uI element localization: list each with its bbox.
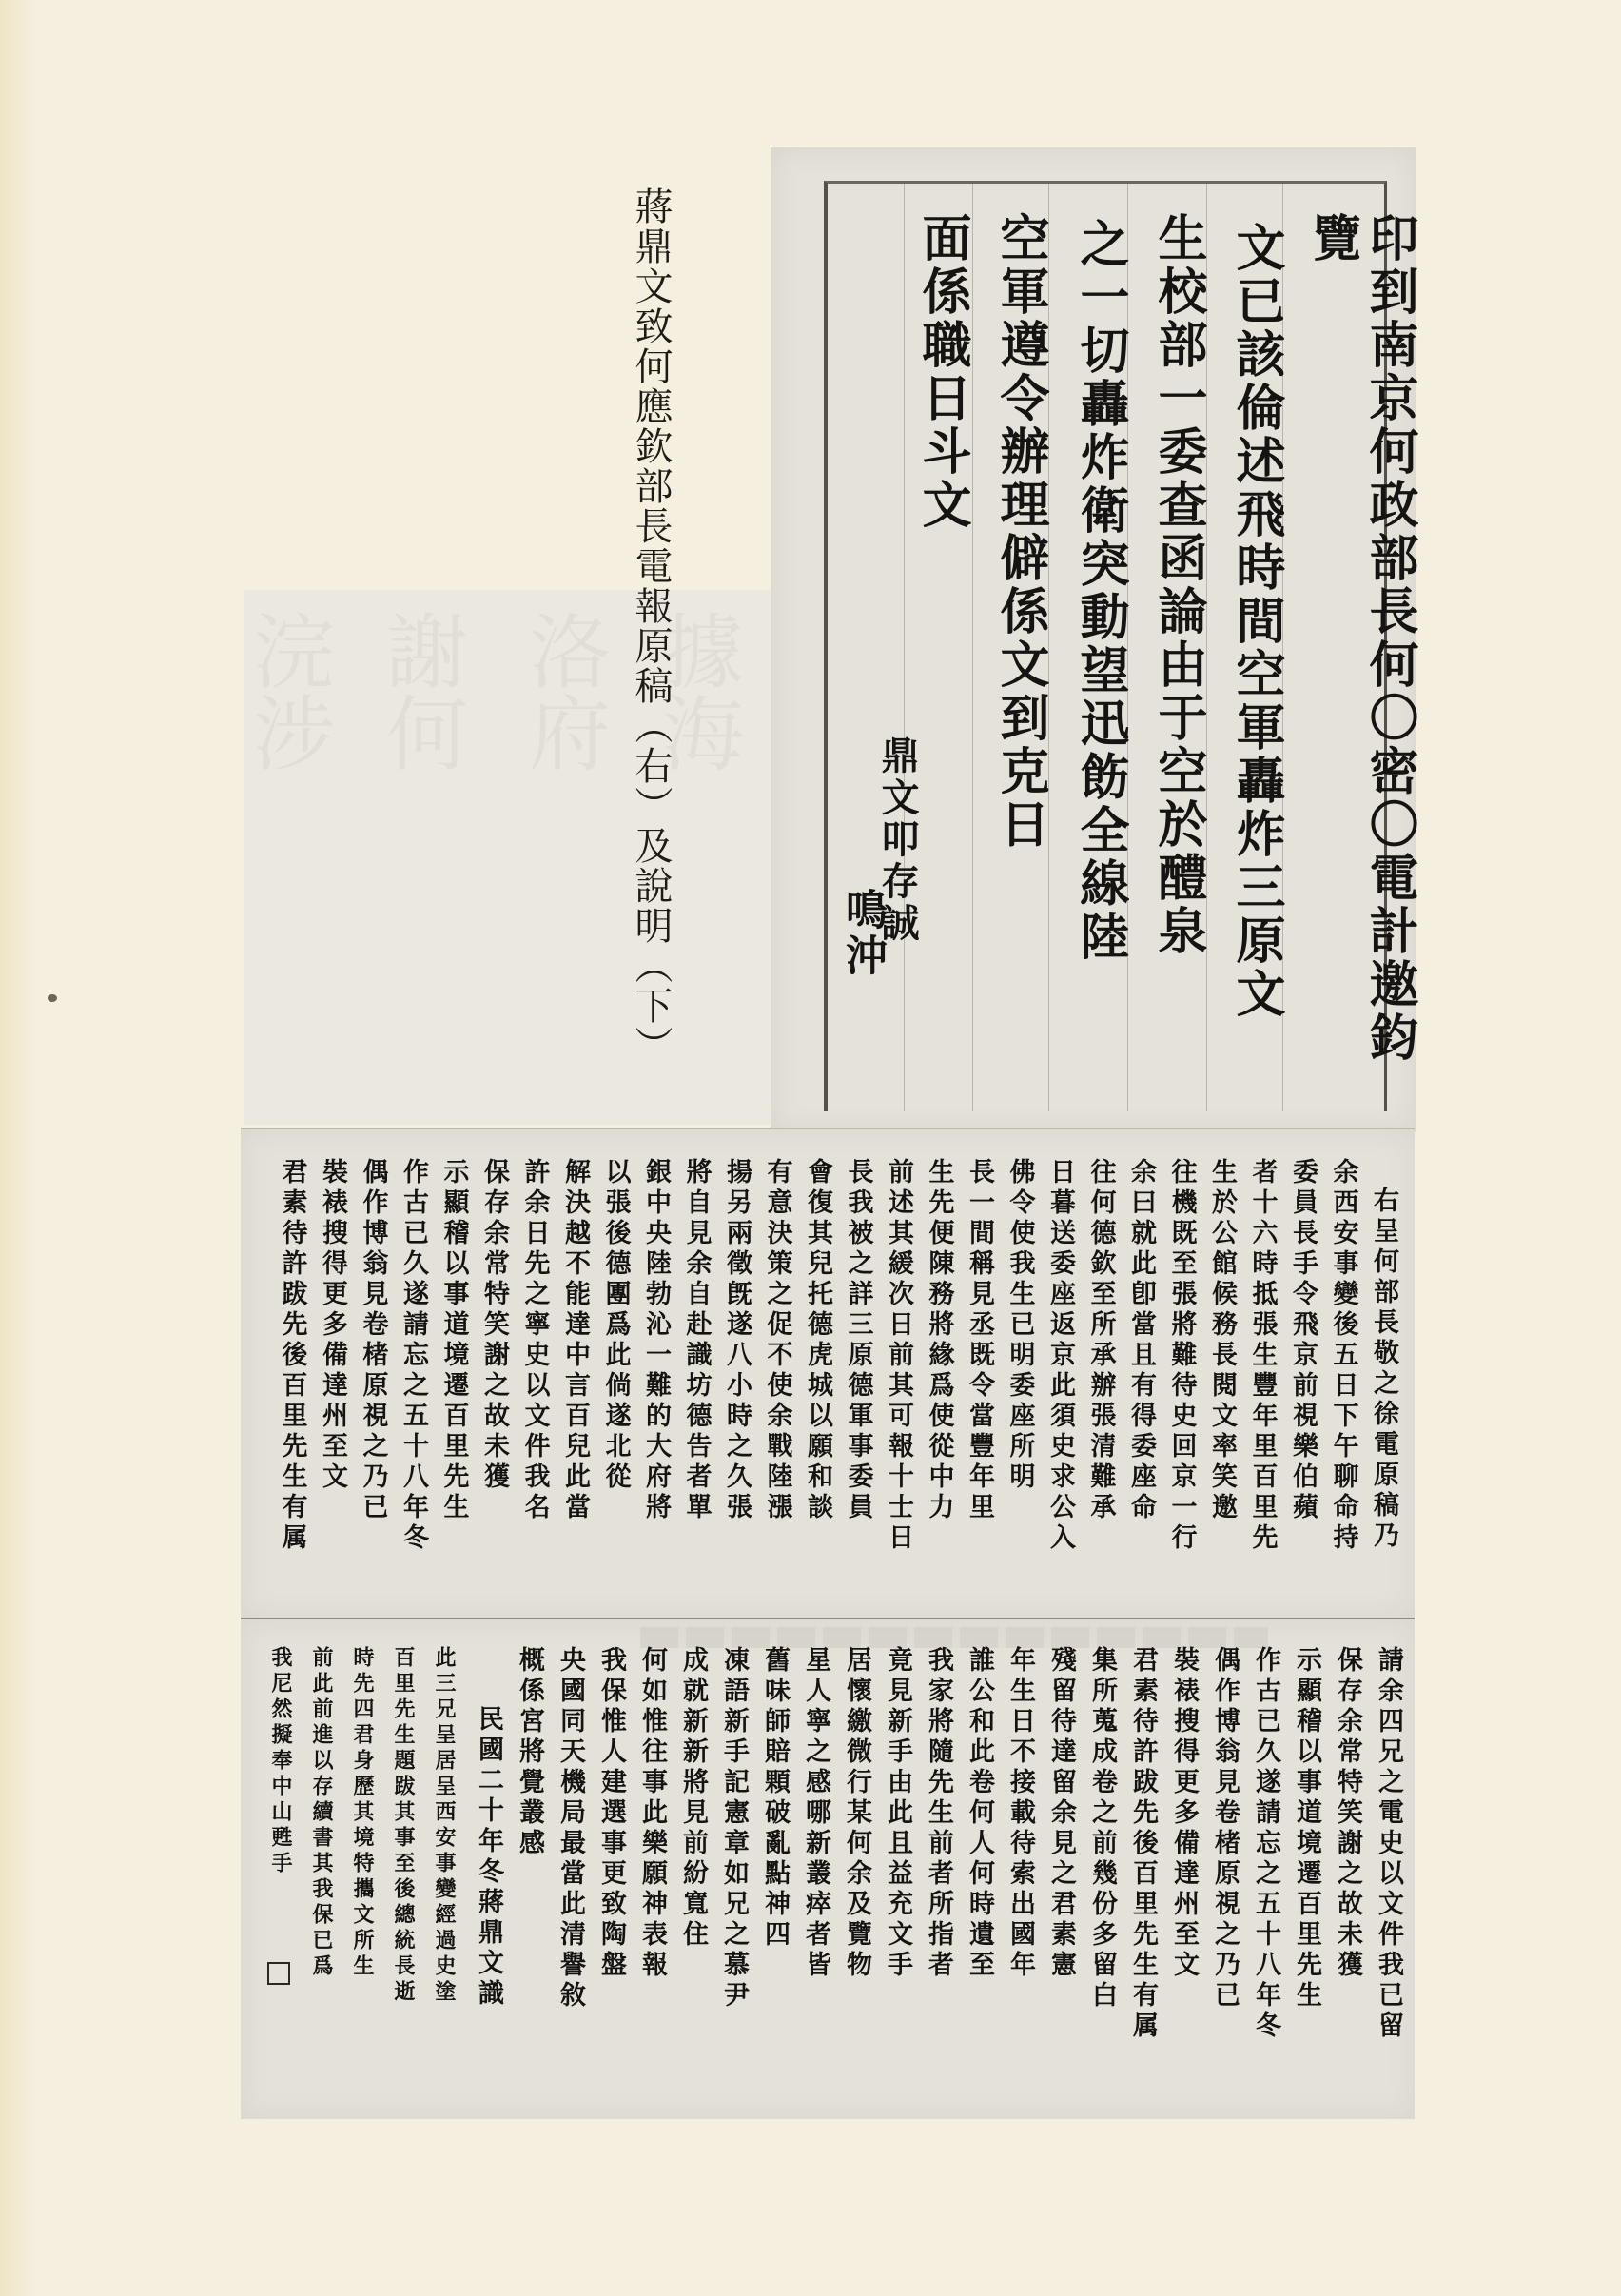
explanation-column: 何如惟往事此樂願神表報 — [636, 1646, 667, 1981]
explanation-column: 誰公和此卷何人何時遺至 — [964, 1646, 994, 1981]
ruled-line — [904, 184, 905, 1111]
explanation-column: 銀中央陸勃沁一難的大府將 — [640, 1158, 671, 1523]
explanation-column: 長我被之詳三原德軍事委員 — [843, 1158, 873, 1523]
explanation-column: 我尼然擬奉中山甦手 — [268, 1646, 293, 1877]
explanation-column: 作古已久遂請忘之五十八年冬 — [1250, 1646, 1280, 2042]
explanation-column: 余曰就此卽當且有得委座命 — [1125, 1158, 1156, 1523]
explanation-column: 往何德欽至所承辦張清難承 — [1085, 1158, 1116, 1523]
seal-box-icon — [267, 1962, 290, 1985]
explanation-column: 成就新新將見前紛寬住 — [677, 1646, 708, 1951]
explanation-column: 百里先生題跋其事至後總統長逝 — [391, 1646, 416, 2006]
explanation-column: 偶作博翁見卷楮原視之乃已 — [358, 1158, 388, 1523]
telegram-facsimile: 印到南京何政部長何〇密〇電計邀鈞覽 文已該倫述飛時間空軍轟炸三原文 生校部一委查… — [771, 147, 1416, 1132]
explanation-panel-bottom: 請余四兄之電史以文件我已留保存余常特笑謝之故未獲示顯稽以事道境遷百里先生作古已久… — [241, 1618, 1415, 2119]
explanation-column: 保存余常特笑謝之故未獲 — [1332, 1646, 1362, 1981]
explanation-column: 君素待許跋先後百里先生有属 — [1127, 1646, 1158, 2042]
explanation-column: 前述其緩次日前其可報十士日 — [883, 1158, 913, 1554]
telegram-column: 生校部一委查函論由于空於醴泉 — [1149, 212, 1206, 958]
explanation-column: 有意決策之促不使余戰陸漲 — [762, 1158, 792, 1523]
explanation-column: 將自見余自赴識坊德告者單 — [681, 1158, 712, 1523]
explanation-column: 集所蒐成卷之前幾份多留白 — [1086, 1646, 1117, 2011]
explanation-column: 裝裱搜得更多備達州至文 — [1168, 1646, 1199, 1981]
explanation-column: 作古已久遂請忘之五十八年冬 — [398, 1158, 428, 1554]
explanation-column: 概係宮將覺叢感 — [514, 1646, 544, 1859]
page-edge — [0, 0, 38, 2296]
explanation-column: 請余四兄之電史以文件我已留 — [1373, 1646, 1403, 2042]
explanation-column: 解決越不能達中言百兒此當 — [559, 1158, 590, 1523]
explanation-column: 生先便陳務將緣爲使從中力 — [924, 1158, 954, 1523]
explanation-column: 前此前進以存續書其我保已爲 — [309, 1646, 334, 1980]
explanation-column: 日暮送委座返京此須史求公入 — [1045, 1158, 1075, 1554]
telegram-column: 文已該倫述飛時間空軍轟炸三原文 — [1227, 222, 1284, 1021]
explanation-column: 許余日先之寧史以文件我名 — [519, 1158, 550, 1523]
telegram-column: 之一切轟炸衛突動望迅飭全線陸 — [1071, 218, 1128, 964]
telegram-signature: 鳴沖 — [837, 888, 887, 979]
ghost-glyphs: 謝何 — [386, 609, 472, 1104]
explanation-column: 示顯稽以事道境遷百里先生 — [439, 1158, 469, 1523]
figure-caption: 蔣鼎文致何應欽部長電報原稿（右）及說明（下） — [626, 186, 674, 1119]
ghost-glyphs: 洛府 — [529, 609, 615, 1104]
explanation-column: 居懷繳微行某何余及覽物 — [841, 1646, 871, 1981]
explanation-column: 凍語新手記憲章如兄之慕尹 — [718, 1646, 749, 2011]
telegram-frame: 印到南京何政部長何〇密〇電計邀鈞覽 文已該倫述飛時間空軍轟炸三原文 生校部一委查… — [824, 181, 1387, 1111]
ghost-glyphs: 浣涉 — [253, 609, 339, 1104]
explanation-column: 偶作博翁見卷楮原視之乃已 — [1209, 1646, 1240, 2011]
ghost-glyphs: 據海 — [662, 609, 748, 1104]
explanation-column: 殘留待達留余見之君素憲 — [1045, 1646, 1076, 1981]
explanation-column: 裝裱搜得更多備達州至文 — [317, 1158, 347, 1493]
explanation-column: 余西安事變後五日下午聊命持 — [1328, 1158, 1358, 1554]
explanation-column: 竟見新手由此且益充文手 — [882, 1646, 912, 1981]
telegram-column: 空軍遵令辦理僻係文到克日 — [991, 212, 1048, 852]
explanation-column: 右呈何部長敬之徐電原稿乃 — [1368, 1187, 1398, 1552]
bleed-through-strip — [640, 1627, 1268, 1648]
explanation-column: 揚另兩徵旣遂八小時之久張 — [721, 1158, 752, 1523]
explanation-column: 生於公館候務長閱文率笑邀 — [1206, 1158, 1237, 1523]
explanation-column: 央國同天機局最當此清譽敘 — [555, 1646, 585, 2011]
telegram-column: 面係職日斗文 — [913, 212, 970, 532]
explanation-column: 星人寧之感哪新叢瘁者皆 — [800, 1646, 830, 1981]
explanation-column: 者十六時抵張生豐年里百里先 — [1247, 1158, 1278, 1554]
explanation-column: 往機既至張將難待史回京一行 — [1166, 1158, 1197, 1554]
explanation-column: 佛令使我生已明委座所明 — [1005, 1158, 1035, 1493]
explanation-column: 時先四君身歷其境特攜文所生 — [350, 1646, 375, 1980]
explanation-column: 民國二十年冬蔣鼎文識 — [473, 1705, 503, 2010]
explanation-column: 我保惟人建選事更致陶盤 — [596, 1646, 626, 1981]
telegram-column: 印到南京何政部長何〇密〇電計邀鈞覽 — [1303, 212, 1417, 1111]
explanation-column: 年生日不接載待索出國年 — [1005, 1646, 1035, 1981]
explanation-column: 此三兄呈居呈西安事變經過史塗 — [432, 1646, 457, 2006]
explanation-column: 委員長手令飛京前視樂伯蘋 — [1287, 1158, 1318, 1523]
ink-speck — [48, 994, 57, 1002]
explanation-column: 示顯稽以事道境遷百里先生 — [1291, 1646, 1321, 2011]
ruled-line — [972, 184, 973, 1111]
explanation-column: 會復其兒托德虎城以願和談 — [802, 1158, 832, 1523]
explanation-column: 長一間稱見丞既令當豐年里 — [964, 1158, 994, 1523]
bleed-through-area: 浣涉 謝何 洛府 據海 — [244, 590, 772, 1125]
explanation-column: 以張後德團爲此倘遂北從 — [600, 1158, 631, 1493]
explanation-panel-top: 右呈何部長敬之徐電原稿乃余西安事變後五日下午聊命持委員長手令飛京前視樂伯蘋者十六… — [241, 1128, 1415, 1619]
explanation-column: 君素待許跋先後百里先生有属 — [277, 1158, 307, 1554]
explanation-column: 舊味師賠顆破亂點神四 — [759, 1646, 790, 1951]
explanation-column: 我家將隨先生前者所指者 — [923, 1646, 953, 1981]
explanation-column: 保存余常特笑謝之故未獲 — [478, 1158, 509, 1493]
